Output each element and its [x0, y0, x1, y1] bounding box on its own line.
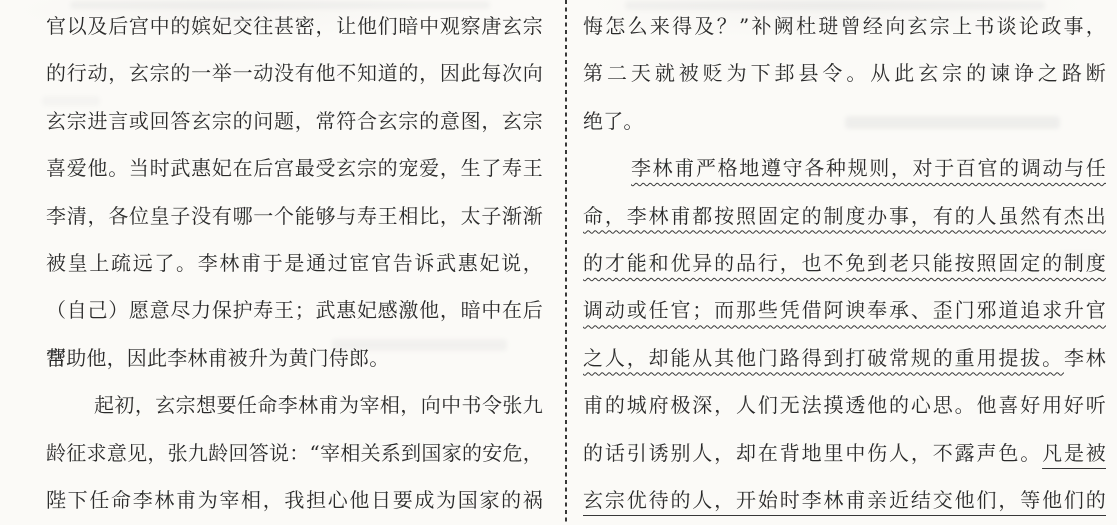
plain-text: 绝了。 — [583, 109, 644, 133]
text-line: 之人，却能从其他门路得到打破常规的重用提拔。李林 — [583, 335, 1106, 382]
text-line: 帮助他，因此李林甫被升为黄门侍郎。 — [46, 335, 543, 382]
plain-text: 龄征求意见，张九龄回答说：“宰相关系到国家的安危， — [46, 441, 543, 465]
plain-text: 李林 — [1064, 346, 1106, 370]
text-line: 李清，各位皇子没有哪一个能够与寿王相比，太子渐渐 — [46, 193, 543, 240]
plain-text: 李清，各位皇子没有哪一个能够与寿王相比，太子渐渐 — [46, 204, 543, 228]
text-line: 甫的城府极深，人们无法摸透他的心思。他喜好用好听 — [583, 382, 1106, 429]
text-line: 绝了。 — [583, 98, 1106, 145]
column-divider-dashed-line — [565, 0, 567, 525]
plain-text: 悔怎么来得及？”补阙杜琎曾经向玄宗上书谈论政事， — [583, 14, 1106, 38]
plain-text: 陛下任命李林甫为宰相，我担心他日要成为国家的祸 — [46, 488, 543, 512]
text-line: 喜爱他。当时武惠妃在后宫最受玄宗的宠爱，生了寿王 — [46, 145, 543, 192]
plain-text: 玄宗进言或回答玄宗的问题，常符合玄宗的意图，玄宗 — [46, 109, 543, 133]
plain-text: 第二天就被贬为下邽县令。从此玄宗的谏诤之路断 — [583, 61, 1106, 85]
plain-text: 的行动，玄宗的一举一动没有他不知道的，因此每次向 — [46, 61, 543, 85]
plain-text: 的话引诱别人，却在背地里中伤人，不露声色。 — [583, 441, 1042, 465]
text-line: 玄宗优待的人，开始时李林甫亲近结交他们，等他们的 — [583, 477, 1106, 524]
text-line: 的行动，玄宗的一举一动没有他不知道的，因此每次向 — [46, 50, 543, 97]
text-line: 起初，玄宗想要任命李林甫为宰相，向中书令张九 — [46, 382, 543, 429]
document-page: 官以及后宫中的嫔妃交往甚密，让他们暗中观察唐玄宗的行动，玄宗的一举一动没有他不知… — [0, 0, 1117, 525]
plain-text: 甫的城府极深，人们无法摸透他的心思。他喜好用好听 — [583, 393, 1106, 417]
text-line: 的才能和优异的品行，也不免到老只能按照固定的制度 — [583, 240, 1106, 287]
plain-text: 起初，玄宗想要任命李林甫为宰相，向中书令张九 — [94, 393, 543, 417]
underlined-text: 玄宗优待的人，开始时李林甫亲近结交他们，等他们的 — [583, 488, 1106, 512]
left-text-column: 官以及后宫中的嫔妃交往甚密，让他们暗中观察唐玄宗的行动，玄宗的一举一动没有他不知… — [46, 3, 543, 524]
plain-text: 帮助他，因此李林甫被升为黄门侍郎。 — [46, 346, 389, 370]
text-line: 第二天就被贬为下邽县令。从此玄宗的谏诤之路断 — [583, 50, 1106, 97]
wavy-underlined-text: 的才能和优异的品行，也不免到老只能按照固定的制度 — [583, 251, 1106, 275]
right-text-column: 悔怎么来得及？”补阙杜琎曾经向玄宗上书谈论政事，第二天就被贬为下邽县令。从此玄宗… — [583, 3, 1106, 524]
wavy-underlined-text: 调动或任官；而那些凭借阿谀奉承、歪门邪道追求升官 — [583, 298, 1106, 322]
text-line: （自己）愿意尽力保护寿王；武惠妃感激他，暗中在后宫 — [46, 287, 543, 334]
text-line: 命，李林甫都按照固定的制度办事，有的人虽然有杰出 — [583, 193, 1106, 240]
wavy-underlined-text: 李林甫严格地遵守各种规则，对于百官的调动与任 — [631, 156, 1106, 180]
wavy-underlined-text: 命，李林甫都按照固定的制度办事，有的人虽然有杰出 — [583, 204, 1106, 228]
text-line: 悔怎么来得及？”补阙杜琎曾经向玄宗上书谈论政事， — [583, 3, 1106, 50]
text-line: 龄征求意见，张九龄回答说：“宰相关系到国家的安危， — [46, 430, 543, 477]
plain-text: 喜爱他。当时武惠妃在后宫最受玄宗的宠爱，生了寿王 — [46, 156, 543, 180]
text-line: 玄宗进言或回答玄宗的问题，常符合玄宗的意图，玄宗 — [46, 98, 543, 145]
text-line: 李林甫严格地遵守各种规则，对于百官的调动与任 — [583, 145, 1106, 192]
text-line: 陛下任命李林甫为宰相，我担心他日要成为国家的祸 — [46, 477, 543, 524]
wavy-underlined-text: 之人，却能从其他门路得到打破常规的重用提拔。 — [583, 346, 1064, 370]
text-line: 调动或任官；而那些凭借阿谀奉承、歪门邪道追求升官 — [583, 287, 1106, 334]
underlined-text: 凡是被 — [1042, 441, 1106, 465]
text-line: 的话引诱别人，却在背地里中伤人，不露声色。凡是被 — [583, 430, 1106, 477]
text-line: 被皇上疏远了。李林甫于是通过宦官告诉武惠妃说， — [46, 240, 543, 287]
text-line: 官以及后宫中的嫔妃交往甚密，让他们暗中观察唐玄宗 — [46, 3, 543, 50]
plain-text: 官以及后宫中的嫔妃交往甚密，让他们暗中观察唐玄宗 — [46, 14, 543, 38]
plain-text: 被皇上疏远了。李林甫于是通过宦官告诉武惠妃说， — [46, 251, 543, 275]
